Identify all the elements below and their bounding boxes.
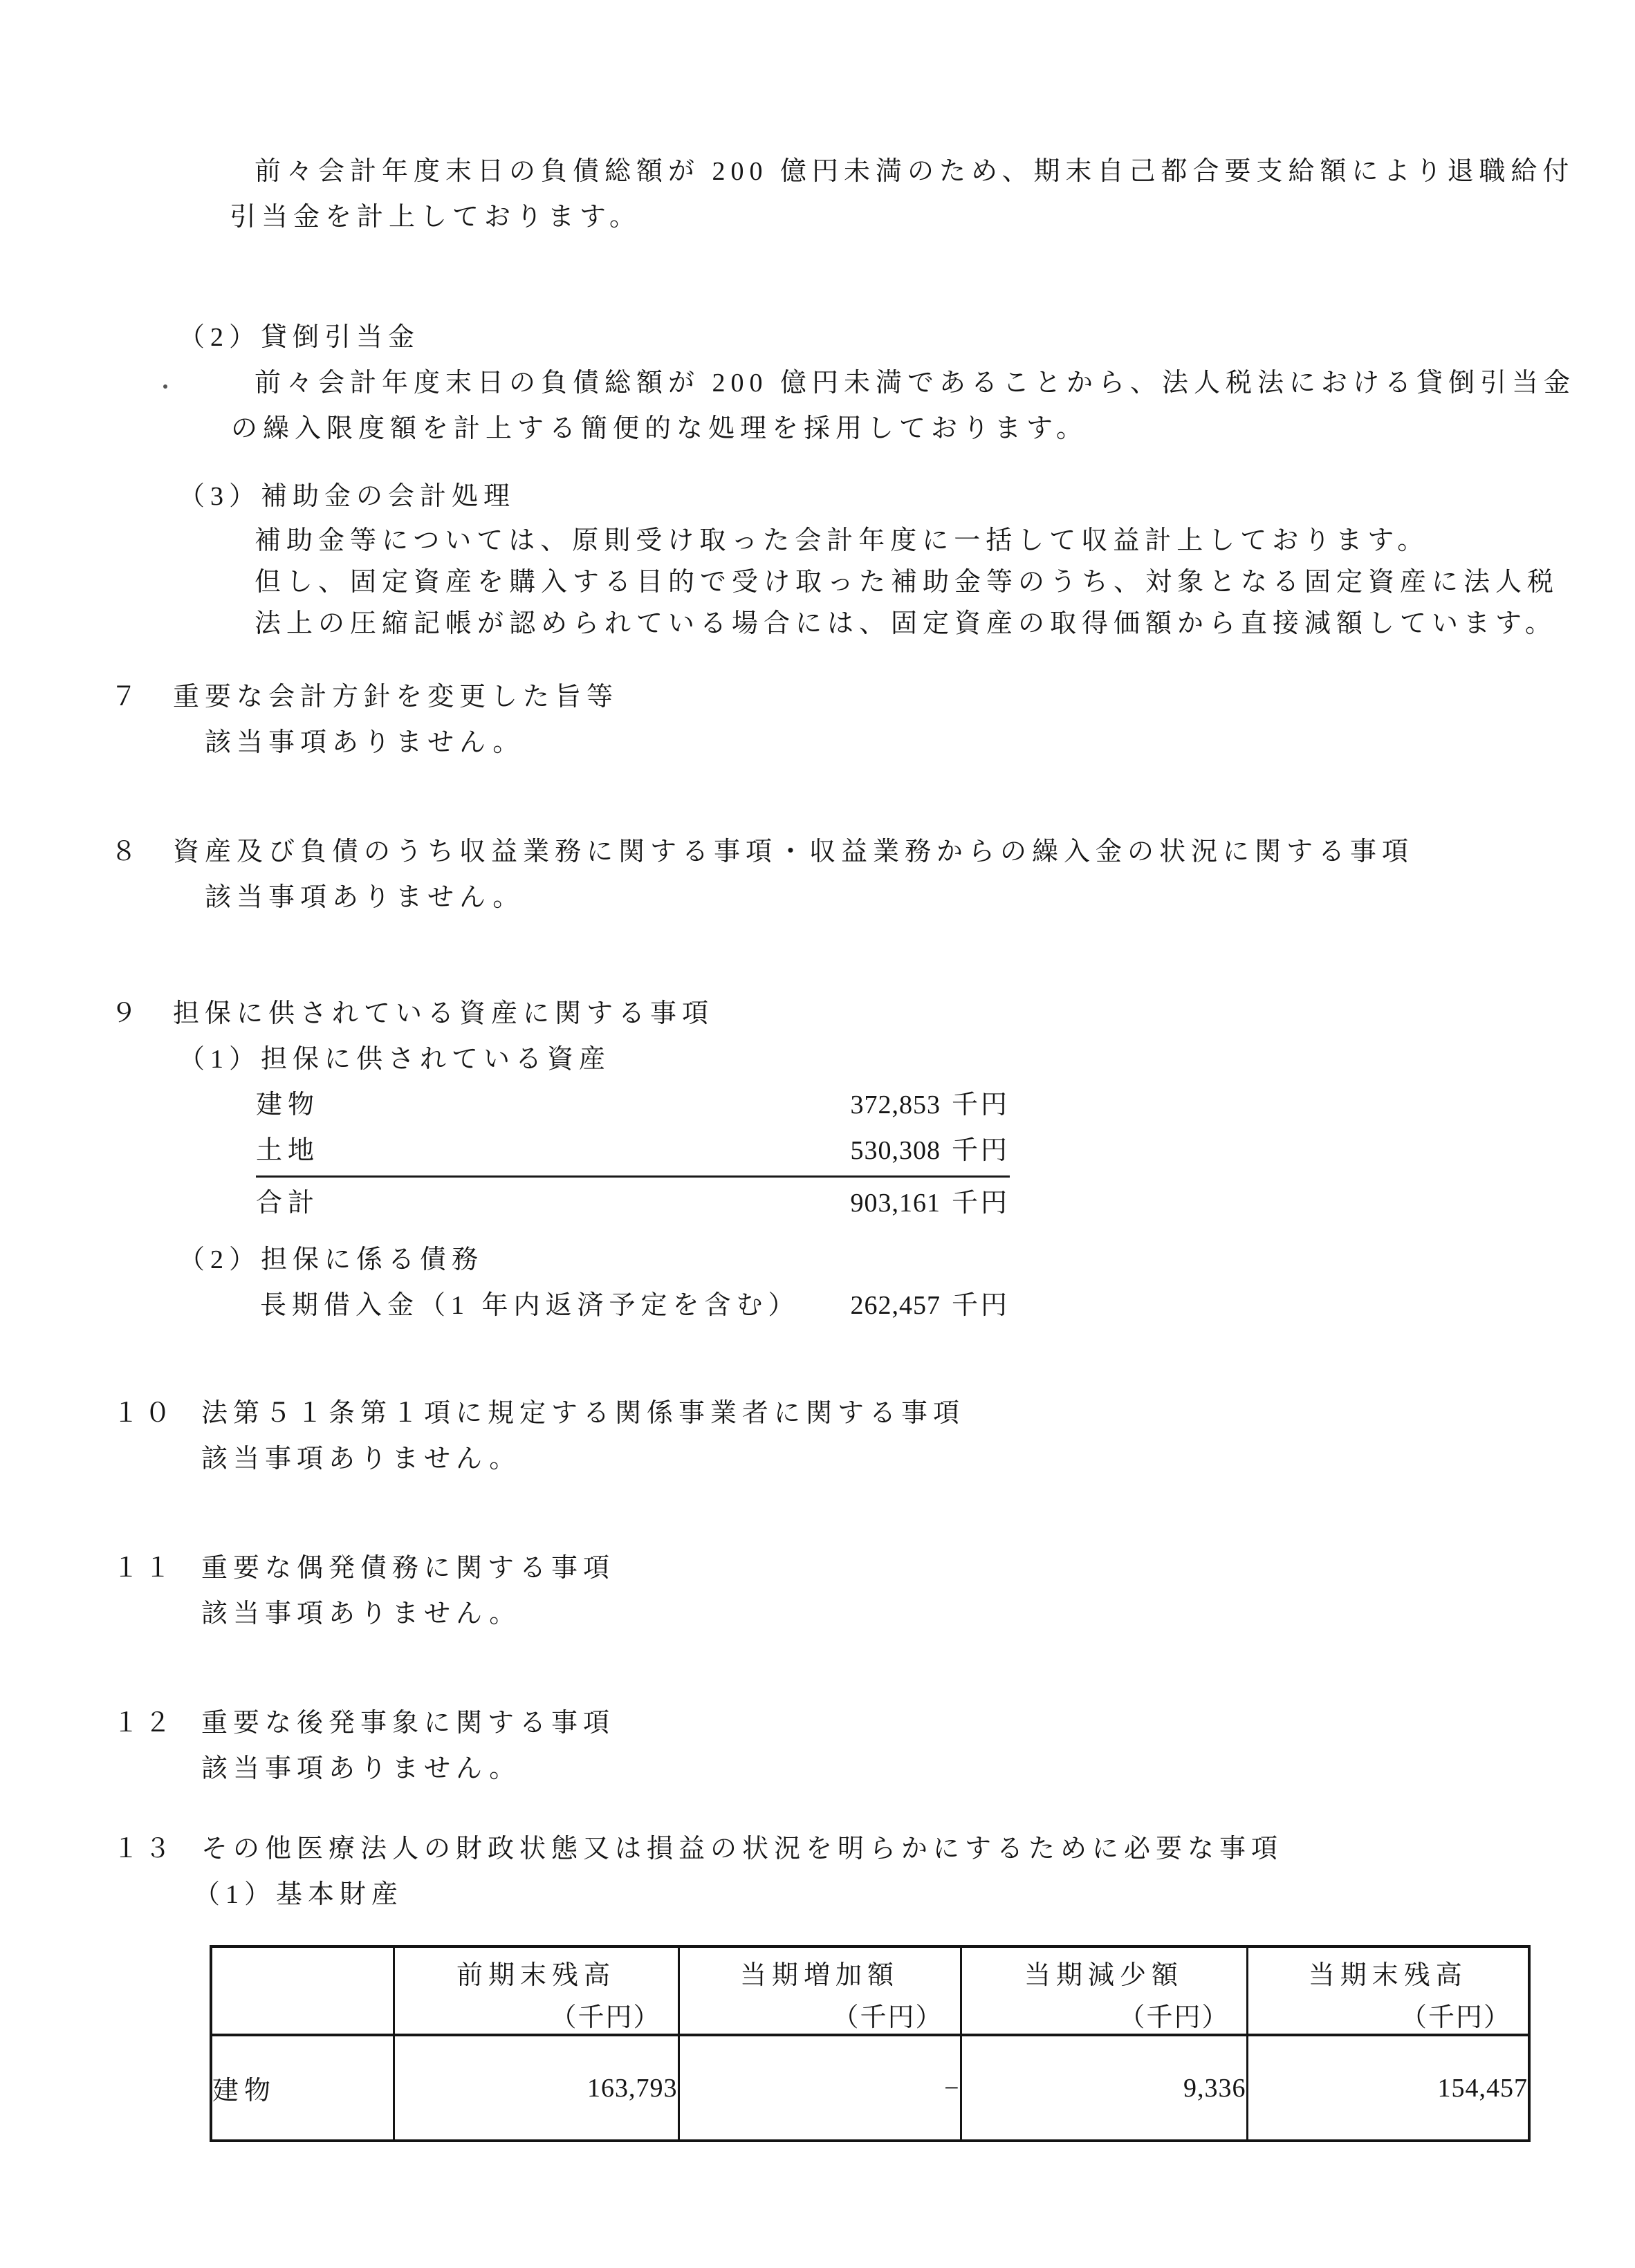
header-title: 前期末残高 (395, 1953, 678, 1991)
pledged-asset-row: 建物 372,853 千円 (256, 1087, 1010, 1123)
section-11-body: 該当事項ありません。 (201, 1596, 521, 1632)
scan-artifact-dot (163, 384, 167, 389)
asset-unit: 千円 (952, 1133, 1010, 1169)
section-7-title: 重要な会計方針を変更した旨等 (173, 679, 618, 715)
subsection-3-heading: （3）補助金の会計処理 (178, 478, 515, 514)
pledged-asset-total-row: 合計 903,161 千円 (256, 1185, 1010, 1221)
section-7-body: 該当事項ありません。 (205, 725, 524, 761)
secured-debt-row: 長期借入金（1 年内返済予定を含む） 262,457 千円 (260, 1288, 1010, 1323)
header-title: 当期末残高 (1248, 1953, 1528, 1991)
table-header-row: 前期末残高 （千円） 当期増加額 （千円） 当期減少額 （千円） 当期末残高 （… (211, 1946, 1529, 2035)
table-header-cell: 当期末残高 （千円） (1247, 1946, 1529, 2035)
debt-label: 長期借入金（1 年内返済予定を含む） (260, 1288, 800, 1323)
basic-assets-table: 前期末残高 （千円） 当期増加額 （千円） 当期減少額 （千円） 当期末残高 （… (210, 1945, 1531, 2142)
subsection-2-line-2: の繰入限度額を計上する簡便的な処理を採用しております。 (231, 411, 1088, 447)
header-unit: （千円） (680, 1996, 960, 2034)
value-cell: 154,457 (1247, 2035, 1529, 2141)
section-12-title: 重要な後発事象に関する事項 (201, 1705, 615, 1741)
section-9-sub2-heading: （2）担保に係る債務 (178, 1242, 483, 1278)
document-page: 前々会計年度末日の負債総額が 200 億円未満のため、期末自己都合要支給額により… (0, 0, 1635, 2268)
asset-label: 土地 (256, 1133, 320, 1169)
pledged-asset-row: 土地 530,308 千円 (256, 1133, 1010, 1169)
asset-amount: 372,853 (851, 1087, 941, 1123)
section-13-sub1-heading: （1）基本財産 (194, 1877, 403, 1913)
asset-label: 建物 (256, 1087, 320, 1123)
debt-amount: 262,457 (851, 1288, 941, 1323)
section-10-number: １０ (113, 1395, 176, 1431)
section-13-title: その他医療法人の財政状態又は損益の状況を明らかにするために必要な事項 (201, 1831, 1283, 1867)
section-13-number: １３ (113, 1831, 176, 1867)
subsection-3-line-2: 但し、固定資産を購入する目的で受け取った補助金等のうち、対象となる固定資産に法人… (255, 564, 1559, 600)
subsection-3-line-1: 補助金等については、原則受け取った会計年度に一括して収益計上しております。 (255, 523, 1429, 559)
total-rule (256, 1175, 1010, 1178)
intro-line-2: 引当金を計上しております。 (230, 199, 641, 235)
section-8-title: 資産及び負債のうち収益業務に関する事項・収益業務からの繰入金の状況に関する事項 (173, 834, 1414, 870)
table-header-cell: 当期減少額 （千円） (961, 1946, 1247, 2035)
section-8-number: ８ (111, 834, 142, 870)
section-11-title: 重要な偶発債務に関する事項 (201, 1550, 615, 1586)
section-12-number: １２ (113, 1705, 176, 1741)
header-title: 当期減少額 (962, 1953, 1246, 1991)
table-row: 建物 163,793 − 9,336 154,457 (211, 2035, 1529, 2141)
table-header-empty-cell (211, 1946, 394, 2035)
section-10-title: 法第５１条第１項に規定する関係事業者に関する事項 (201, 1395, 965, 1431)
header-unit: （千円） (962, 1996, 1246, 2034)
value-cell: 9,336 (961, 2035, 1247, 2141)
asset-amount: 530,308 (851, 1133, 941, 1169)
section-9-number: ９ (111, 996, 142, 1032)
asset-unit: 千円 (952, 1087, 1010, 1123)
section-11-number: １１ (113, 1550, 176, 1586)
section-12-body: 該当事項ありません。 (201, 1751, 521, 1787)
subsection-3-line-3: 法上の圧縮記帳が認められている場合には、固定資産の取得価額から直接減額しています… (255, 606, 1557, 642)
header-unit: （千円） (1248, 1996, 1528, 2034)
subsection-2-line-1: 前々会計年度末日の負債総額が 200 億円未満であることから、法人税法における貸… (255, 365, 1576, 401)
section-8-body: 該当事項ありません。 (205, 880, 524, 915)
section-9-title: 担保に供されている資産に関する事項 (173, 996, 714, 1032)
value-cell: − (678, 2035, 961, 2141)
header-unit: （千円） (395, 1996, 678, 2034)
table-header-cell: 当期増加額 （千円） (678, 1946, 961, 2035)
table-header-cell: 前期末残高 （千円） (394, 1946, 678, 2035)
asset-amount: 903,161 (851, 1185, 941, 1221)
debt-unit: 千円 (952, 1288, 1010, 1323)
section-7-number: ７ (111, 679, 142, 715)
value-cell: 163,793 (394, 2035, 678, 2141)
subsection-2-heading: （2）貸倒引当金 (178, 319, 420, 355)
header-title: 当期増加額 (680, 1953, 960, 1991)
asset-unit: 千円 (952, 1185, 1010, 1221)
asset-label: 合計 (256, 1185, 320, 1221)
section-9-sub1-heading: （1）担保に供されている資産 (178, 1041, 611, 1077)
intro-line-1: 前々会計年度末日の負債総額が 200 億円未満のため、期末自己都合要支給額により… (255, 154, 1574, 189)
section-10-body: 該当事項ありません。 (201, 1441, 521, 1477)
row-label-cell: 建物 (211, 2035, 394, 2141)
